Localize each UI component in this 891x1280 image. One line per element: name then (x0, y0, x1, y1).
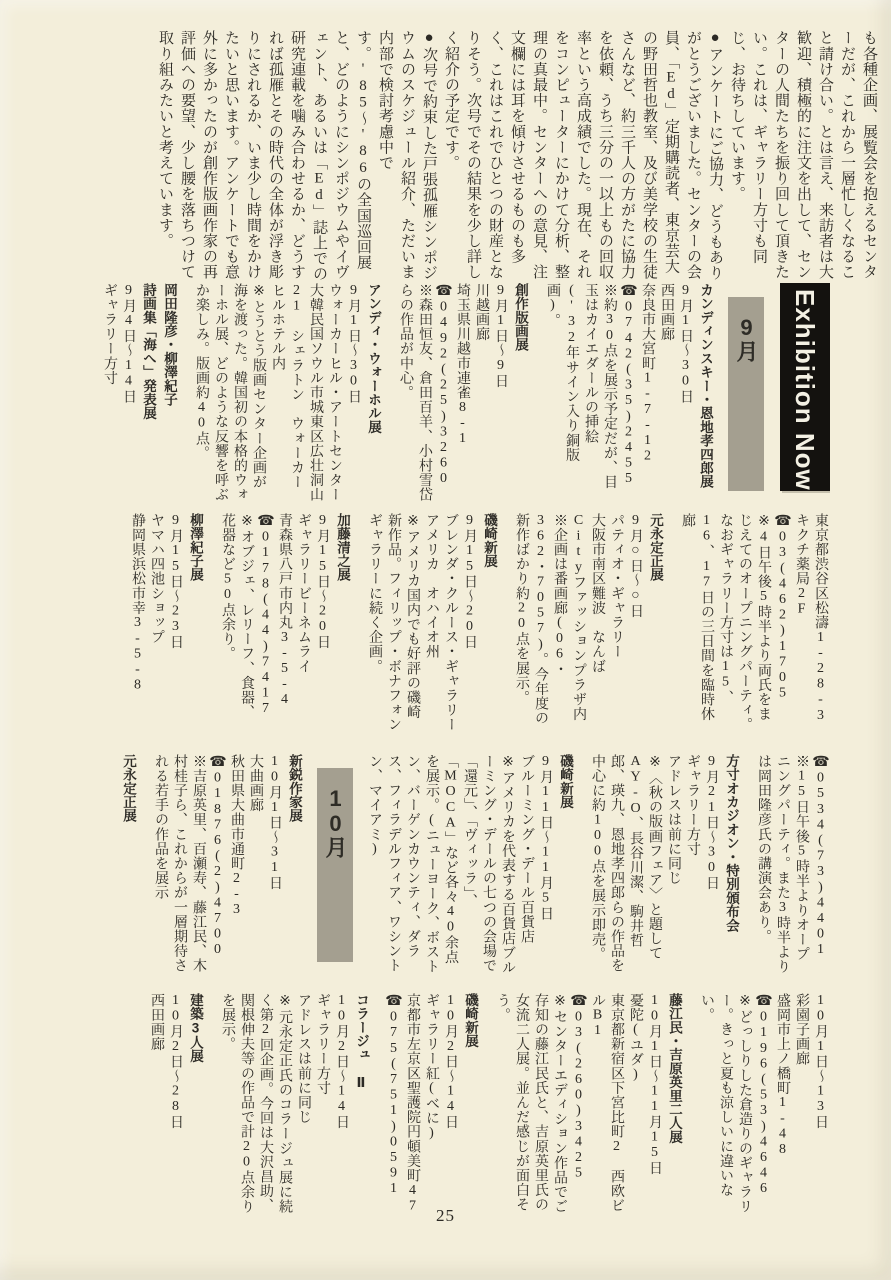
listing-andy-warhol: アンディ・ウォーホル展 9月1日〜30日 ウォーカーヒル・アートセンター 大韓民… (192, 283, 384, 502)
listings-band-4: 10月1日〜13日 彩園子画廊 盛岡市上ノ橋町1-48 ☎0196(53)464… (38, 993, 830, 1214)
exhibition-details: 10月1日〜13日 彩園子画廊 盛岡市上ノ橋町1-48 ☎0196(53)464… (697, 993, 830, 1214)
exhibition-details: 9月11日〜11月5日 ブルーミング・デール百貨店 ※アメリカを代表する百貨店ブ… (365, 754, 555, 975)
exhibition-details: 10月2日〜28日 西田画廊 (147, 993, 185, 1214)
exhibition-title: 磯崎新展 (460, 993, 481, 1214)
exhibition-details: 9月4日〜14日 ギャラリー方寸 (100, 283, 138, 502)
listing-motonaga-morioka-continued: 10月1日〜13日 彩園子画廊 盛岡市上ノ橋町1-48 ☎0196(53)464… (697, 993, 830, 1214)
exhibition-details: 9月15日〜20日 ブレンダ・クルース・ギャラリー アメリカ オハイオ州 ※アメ… (365, 513, 479, 732)
section-label-september: 9月 (728, 297, 764, 491)
exhibition-title: 新鋭作家展 (284, 754, 305, 975)
page-number: 25 (0, 1206, 891, 1226)
exhibition-details: 9月15日〜23日 ヤマハ四池ショップ 静岡県浜松市幸3-5-8 (128, 513, 185, 732)
listing-isozaki-kyoto: 磯崎新展 10月2日〜14日 ギャラリー紅(べに) 京都市左京区聖護院円頓美町4… (384, 993, 481, 1214)
listing-okada-yanagisawa-continued: 東京都渋谷区松濤1-28-3 キクチ薬局2F ☎03(462)1705 ※4日午… (678, 513, 830, 732)
editorial-intro: も各種企画、展覧会を抱えるセンターだが、これから一層忙しくなること請け合い。とは… (92, 30, 880, 284)
exhibition-details: 9月1日〜30日 ウォーカーヒル・アートセンター 大韓民国ソウル市城東区広壮洞山… (192, 283, 363, 502)
exhibition-title: 加藤清之展 (332, 513, 353, 732)
listing-yanagisawa-continued: ☎0534(73)4401 ※15日午後5時半よりオープニングパーティ。また3時… (754, 754, 830, 975)
listing-kato-kiyoyuki: 加藤清之展 9月15日〜20日 ギャラリービーネムライ 青森県八戸市内丸3-5-… (218, 513, 353, 732)
listing-sosaku-hanga: 創作版画展 9月1日〜9日 川越画廊 埼玉県川越市連雀8-1 ☎0492(25)… (396, 283, 531, 502)
editorial-paragraph-1: も各種企画、展覧会を抱えるセンターだが、これから一層忙しくなること請け合い。とは… (726, 30, 880, 284)
exhibition-title: アンディ・ウォーホル展 (363, 283, 384, 502)
listing-shinei-sakka: 新鋭作家展 10月1日〜31日 大曲画廊 秋田県大曲市通町2-3 ☎01876(… (151, 754, 305, 975)
exhibition-details: 10月1日〜11月15日 憂陀(ユダ) 東京都新宿区下宮比町2 西欧ビルB1 ☎… (493, 993, 664, 1214)
editorial-paragraph-3: ●次号で約束した戸張孤雁シンポジウムのスケジュール紹介、ただいま内部で検討考慮中… (154, 30, 440, 284)
exhibition-title: カンディンスキー・恩地孝四郎展 (695, 283, 716, 502)
exhibition-now-banner: Exhibition Now (780, 283, 830, 491)
exhibition-details: 10月2日〜14日 ギャラリー紅(べに) 京都市左京区聖護院円頓美町47 ☎07… (384, 993, 460, 1214)
exhibition-details: 9月○日〜○日 パティオ・ギャラリー 大阪市南区難波 なんばCityファッション… (512, 513, 645, 732)
exhibition-details: 10月2日〜14日 ギャラリー方寸 アドレスは前に同じ ※元永定正氏のコラージュ… (218, 993, 351, 1214)
listing-kandinsky-onchi: カンディンスキー・恩地孝四郎展 9月1日〜30日 西田画廊 奈良市大宮町1-7-… (543, 283, 716, 502)
exhibition-title: 磯崎新展 (555, 754, 576, 975)
exhibition-title: 創作版画展 (510, 283, 531, 502)
listing-hosun-occasion: 方寸オカジオン・特別頒布会 9月21日〜30日 ギャラリー方寸 アドレスは前に同… (588, 754, 742, 975)
section-label-october: 10月 (317, 768, 353, 962)
listing-okada-yanagisawa: 岡田隆彦・柳澤紀子 詩画集「海へ」発表展 9月4日〜14日 ギャラリー方寸 (100, 283, 180, 502)
exhibition-title: コラージュ Ⅱ (351, 993, 372, 1214)
exhibition-details: 9月1日〜9日 川越画廊 埼玉県川越市連雀8-1 ☎0492(25)3260 ※… (396, 283, 510, 502)
exhibition-title: 元永定正展 (118, 754, 139, 975)
listings-band-3: ☎0534(73)4401 ※15日午後5時半よりオープニングパーティ。また3時… (38, 754, 830, 975)
exhibition-details: 東京都渋谷区松濤1-28-3 キクチ薬局2F ☎03(462)1705 ※4日午… (678, 513, 830, 732)
exhibition-details: 9月21日〜30日 ギャラリー方寸 アドレスは前に同じ ※〈秋の版画フェア〉と題… (588, 754, 721, 975)
magazine-page: も各種企画、展覧会を抱えるセンターだが、これから一層忙しくなること請け合い。とは… (0, 0, 891, 1280)
exhibition-details: 9月1日〜30日 西田画廊 奈良市大宮町1-7-12 ☎0742(35)2455… (543, 283, 695, 502)
exhibition-title: 建築3人展 (185, 993, 206, 1214)
exhibition-details: ☎0534(73)4401 ※15日午後5時半よりオープニングパーティ。また3時… (754, 754, 830, 975)
exhibition-title: 方寸オカジオン・特別頒布会 (721, 754, 742, 975)
exhibition-title: 藤江民・吉原英里二人展 (664, 993, 685, 1214)
listings-band-1: Exhibition Now 9月 カンディンスキー・恩地孝四郎展 9月1日〜3… (82, 283, 830, 502)
exhibition-title: 岡田隆彦・柳澤紀子 詩画集「海へ」発表展 (138, 283, 180, 502)
exhibition-title: 柳澤紀子展 (185, 513, 206, 732)
listing-kenchiku-3nin: 建築3人展 10月2日〜28日 西田画廊 (147, 993, 206, 1214)
listing-yanagisawa-noriko: 柳澤紀子展 9月15日〜23日 ヤマハ四池ショップ 静岡県浜松市幸3-5-8 (128, 513, 206, 732)
listing-motonaga-morioka-title: 元永定正展 (118, 754, 139, 975)
listing-isozaki-ohio: 磯崎新展 9月15日〜20日 ブレンダ・クルース・ギャラリー アメリカ オハイオ… (365, 513, 500, 732)
exhibition-title: 元永定正展 (645, 513, 666, 732)
listing-collage-2: コラージュ Ⅱ 10月2日〜14日 ギャラリー方寸 アドレスは前に同じ ※元永定… (218, 993, 372, 1214)
exhibition-details: 9月15日〜20日 ギャラリービーネムライ 青森県八戸市内丸3-5-4 ☎017… (218, 513, 332, 732)
listings-band-2: 東京都渋谷区松濤1-28-3 キクチ薬局2F ☎03(462)1705 ※4日午… (38, 513, 830, 732)
listing-isozaki-bloomingdale: 磯崎新展 9月11日〜11月5日 ブルーミング・デール百貨店 ※アメリカを代表す… (365, 754, 576, 975)
listing-motonaga-osaka: 元永定正展 9月○日〜○日 パティオ・ギャラリー 大阪市南区難波 なんばCity… (512, 513, 666, 732)
exhibition-title: 磯崎新展 (479, 513, 500, 732)
editorial-paragraph-2: ●アンケートにご協力、どうもありがとうございました。センターの会員、「Ed」定期… (440, 30, 726, 284)
listing-fujie-yoshihara: 藤江民・吉原英里二人展 10月1日〜11月15日 憂陀(ユダ) 東京都新宿区下宮… (493, 993, 685, 1214)
exhibition-details: 10月1日〜31日 大曲画廊 秋田県大曲市通町2-3 ☎01876(2)4700… (151, 754, 284, 975)
